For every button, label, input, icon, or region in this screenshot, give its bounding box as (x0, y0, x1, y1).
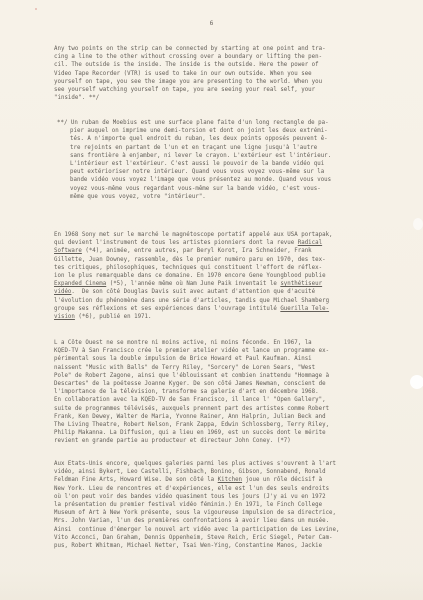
text-line: Vito Acconci, Dan Graham, Dennis Oppenhe… (54, 534, 404, 542)
text-line: pier auquel on imprime une demi-torsion … (57, 127, 407, 135)
underlined-title: vidéo (54, 289, 71, 295)
text-line: Software (*4), animée, entre autres, par… (54, 247, 404, 255)
text-line: vidéo. De son côté Douglas Davis suit av… (54, 288, 404, 296)
text-line: peut extérioriser notre intérieur. Quand… (57, 168, 407, 176)
text-line: tés. A n'importe quel endroit du ruban, … (57, 135, 407, 143)
text-line: ion le plus remarquable dans ce domaine.… (54, 272, 404, 280)
page-number: 6 (0, 20, 423, 27)
underlined-title: Kitchen (218, 477, 242, 483)
text-line: KQED-TV à San Francisco crée le premier … (54, 347, 404, 355)
text-line: Descartes" de la poétesse Joanne Kyger. … (54, 380, 404, 388)
text-line: tre rejoints en partant de l'un et en tr… (57, 144, 407, 152)
text-line: Pole" de Robert Zagone, ainsi que l'éblo… (54, 372, 404, 380)
paper-spot (410, 375, 423, 389)
text-line: la présentation du premier festival vidé… (54, 501, 404, 509)
text-line: groupe ses réflexions et ses expériences… (54, 305, 404, 313)
text-line: "inside". **/ (54, 94, 404, 102)
text-line: où l'on peut voir des bandes vidéo quasi… (54, 493, 404, 501)
text-line: L a Côte Ouest ne se montre ni moins act… (54, 339, 404, 347)
text-line: Gillette, Juan Downey, rassemble, dès le… (54, 256, 404, 264)
text-line: tes critiques, philosophiques, technique… (54, 264, 404, 272)
text-line: vidéo, ainsi Bykert, Leo Castelli, Fishb… (54, 468, 404, 476)
text-line: revient en grande partie au producteur e… (54, 437, 404, 445)
text-line: Mrs. John Varian, l'un des premières con… (54, 517, 404, 525)
text-line: Any two points on the strip can be conne… (54, 45, 404, 53)
text-line: suite de programmes télévisés, auxquels … (54, 405, 404, 413)
text-line: see yourself watching yourself on tape, … (54, 86, 404, 94)
text-line: pus, Robert Whitman, Michael Netter, Tsa… (54, 542, 404, 550)
document-page: 6 Any two points on the strip can be con… (0, 0, 423, 600)
paper-shadow (0, 570, 423, 600)
text-line: bande vidéo vous voyez l'image que vous … (57, 176, 407, 184)
text-line: sans frontière à enjamber, ni lever le c… (57, 152, 407, 160)
text-line: cil. The outside is the inside. The insi… (54, 61, 404, 69)
paragraph-moebius-english: Any two points on the strip can be conne… (54, 45, 404, 102)
text-line: Aux Etats-Unis encore, quelques galeries… (54, 460, 404, 468)
text-line: Feldman Fine Arts, Howard Wise. De son c… (54, 476, 404, 484)
text-line: voyez vous-même vous regardant vous-même… (57, 185, 407, 193)
text-line: l'importance de la télévision, transform… (54, 388, 404, 396)
ink-speck (35, 8, 37, 10)
text-line: périmental sous la double impulsion de B… (54, 355, 404, 363)
text-line: L'intérieur est l'extérieur. C'est aussi… (57, 160, 407, 168)
text-line: vision (*6), publié en 1971. (54, 313, 404, 321)
paragraph-galeries-etats-unis: Aux Etats-Unis encore, quelques galeries… (54, 460, 404, 550)
underlined-title: Radical (298, 240, 322, 246)
underlined-title: synthétiseur (280, 281, 322, 287)
underlined-title: Expanded Cinema (54, 281, 106, 287)
text-line: New York. Lieu de rencontres et d'expéri… (54, 485, 404, 493)
text-line: En 1968 Sony met sur le marché le magnét… (54, 231, 404, 239)
text-line: En collaboration avec la KQED-TV de San … (54, 396, 404, 404)
text-line: Ainsi continue d'émerger le nouvel art v… (54, 526, 404, 534)
text-line: Frank, Ken Dewey, Walter de Maria, Yvonn… (54, 413, 404, 421)
paragraph-sony-portapak: En 1968 Sony met sur le marché le magnét… (54, 231, 404, 321)
text-line: même que vous voyez, votre "intérieur". (57, 193, 407, 201)
underlined-title: vision (54, 314, 75, 320)
text-line: **/ Un ruban de Moebius est une surface … (57, 119, 407, 127)
text-line: Philip Makanna. La Diffusion, qui a lieu… (54, 429, 404, 437)
text-line: The Living Theatre, Robert Nelson, Frank… (54, 421, 404, 429)
text-line: Museum of Art à New York présente, sous … (54, 509, 404, 517)
text-line: qui devient l'instrument de tous les art… (54, 239, 404, 247)
paragraph-cote-ouest: L a Côte Ouest ne se montre ni moins act… (54, 339, 404, 445)
text-line: Video Tape Recorder (VTR) is used to tak… (54, 70, 404, 78)
paper-spot (413, 218, 423, 230)
text-line: cing a line to the other without crossin… (54, 53, 404, 61)
text-line: Expanded Cinema (*5), l'année même où Na… (54, 280, 404, 288)
text-line: l'évolution du phénomène dans une série … (54, 297, 404, 305)
text-line: naissent "Music with Balls" de Terry Ril… (54, 364, 404, 372)
underlined-title: Guerilla Tele- (280, 306, 329, 312)
footnote-moebius-french: **/ Un ruban de Moebius est une surface … (57, 119, 407, 201)
text-line: yourself on tape, you see the image you … (54, 78, 404, 86)
underlined-title: Software (54, 248, 82, 254)
